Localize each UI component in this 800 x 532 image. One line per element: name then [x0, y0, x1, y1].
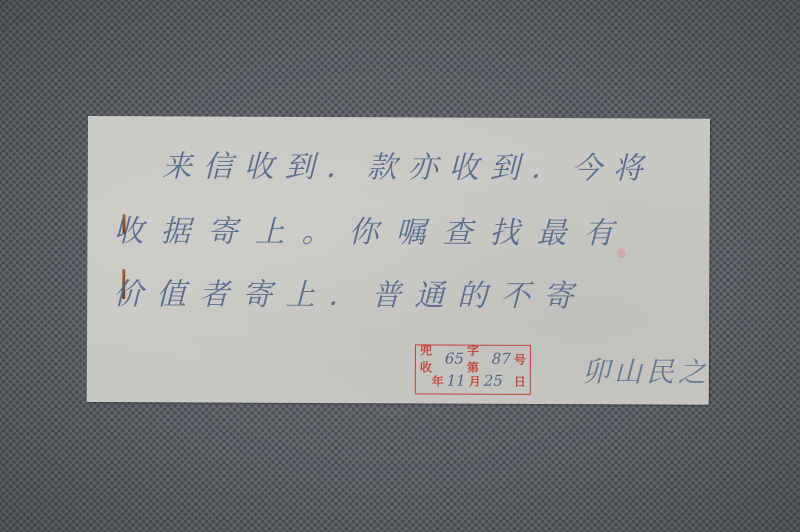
stamp-number-suffix: 号: [514, 350, 526, 367]
stamp-number: 87: [492, 350, 511, 368]
stamp-month: 11: [447, 372, 466, 390]
letter-line-3: 价值者寄上．普通的不寄: [113, 280, 586, 312]
stamp-row-date: 年 11 月 25 日: [420, 370, 526, 390]
handwritten-note-paper: 来信收到．款亦收到．今将 收据寄上。你嘱查找最有 价值者寄上．普通的不寄 兜收 …: [87, 116, 710, 405]
stamp-day: 25: [484, 372, 503, 390]
stamp-row-number: 兜收 65 字第 87 号: [420, 348, 526, 368]
stamp-month-label: 月: [469, 372, 481, 389]
stamp-year-code: 65: [445, 350, 464, 368]
letter-line-1: 来信收到．款亦收到．今将: [162, 152, 654, 184]
receipt-stamp: 兜收 65 字第 87 号 年 11 月 25 日: [415, 344, 531, 395]
stamp-day-label: 日: [514, 372, 526, 389]
stamp-year-label: 年: [432, 372, 444, 389]
signature: 卯山民之: [582, 358, 710, 387]
letter-line-2: 收据寄上。你嘱查找最有: [113, 217, 630, 249]
